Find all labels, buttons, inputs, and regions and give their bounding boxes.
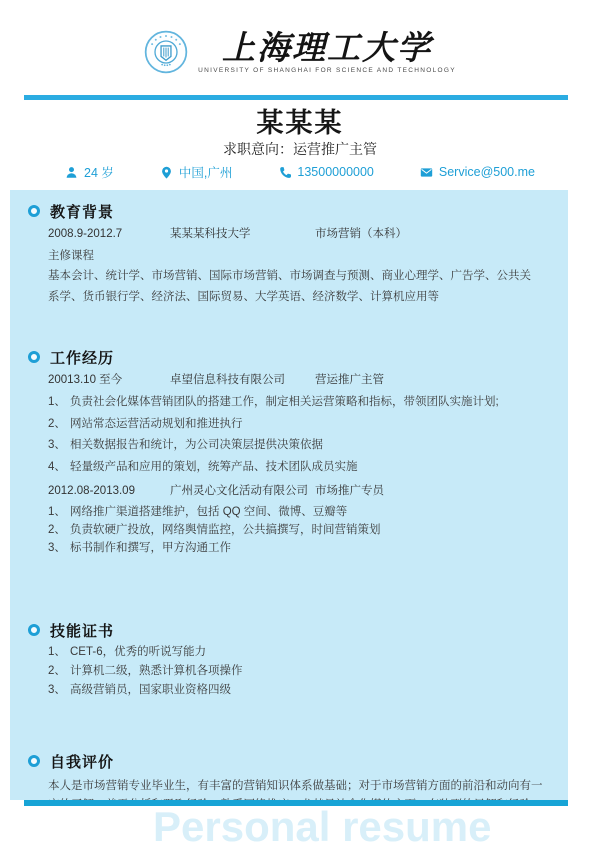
university-name-zh: 上海理工大学 bbox=[222, 30, 432, 66]
section-work: 工作经历 20013.10 至今 卓望信息科技有限公司 营运推广主管 1、 负责… bbox=[28, 348, 548, 557]
skills-list: 1、 CET-6，优秀的听说写能力 2、 计算机二级，熟悉计算机各项操作 3、 … bbox=[48, 643, 548, 700]
work-2-company: 广州灵心文化活动有限公司 bbox=[170, 483, 315, 499]
content-panel: 教育背景 2008.9-2012.7 某某某科技大学 市场营销（本科） 主修课程… bbox=[10, 190, 568, 800]
education-header: 教育背景 bbox=[28, 202, 548, 220]
header-divider-bar bbox=[24, 95, 568, 100]
contact-row: 24 岁 中国,广州 13500000000 Service@500.me bbox=[0, 163, 600, 181]
list-item: 2、 计算机二级，熟悉计算机各项操作 bbox=[48, 662, 548, 681]
phone-icon bbox=[278, 166, 291, 179]
courses-label: 主修课程 bbox=[48, 247, 548, 263]
list-item: 2、 网站常态运营活动规划和推进执行 bbox=[48, 414, 548, 436]
work-2-position: 市场推广专员 bbox=[315, 483, 548, 499]
list-item: 1、 网络推广渠道搭建维护，包括 QQ 空间、微博、豆瓣等 bbox=[48, 503, 548, 521]
section-bullet-icon bbox=[28, 205, 40, 217]
list-item: 3、 高级营销员，国家职业资格四级 bbox=[48, 681, 548, 700]
work-entry-2-header: 2012.08-2013.09 广州灵心文化活动有限公司 市场推广专员 bbox=[48, 483, 548, 499]
work-1-date: 20013.10 至今 bbox=[48, 372, 170, 388]
watermark-text: Personal resume bbox=[153, 803, 492, 848]
person-icon bbox=[65, 166, 78, 179]
education-date: 2008.9-2012.7 bbox=[48, 226, 170, 242]
section-title-skills: 技能证书 bbox=[50, 620, 114, 641]
education-major: 市场营销（本科） bbox=[315, 226, 548, 242]
list-item: 2、 负责软硬广投放，网络舆情监控，公共搞撰写，时间营销策划 bbox=[48, 521, 548, 539]
section-education: 教育背景 2008.9-2012.7 某某某科技大学 市场营销（本科） 主修课程… bbox=[28, 202, 548, 308]
contact-phone-text: 13500000000 bbox=[297, 165, 373, 179]
work-1-position: 营运推广主管 bbox=[315, 372, 548, 388]
mail-icon bbox=[420, 166, 433, 179]
skills-header: 技能证书 bbox=[28, 621, 548, 639]
education-entry: 2008.9-2012.7 某某某科技大学 市场营销（本科） bbox=[48, 226, 548, 242]
section-title-work: 工作经历 bbox=[50, 347, 114, 368]
contact-email-text: Service@500.me bbox=[439, 165, 535, 179]
work-entry-1-header: 20013.10 至今 卓望信息科技有限公司 营运推广主管 bbox=[48, 372, 548, 388]
university-seal-icon bbox=[144, 30, 188, 74]
work-1-company: 卓望信息科技有限公司 bbox=[170, 372, 315, 388]
candidate-name: 某某某 bbox=[0, 101, 600, 140]
university-logo: 上海理工大学 UNIVERSITY OF SHANGHAI FOR SCIENC… bbox=[0, 30, 600, 74]
work-1-duties: 1、 负责社会化媒体营销团队的搭建工作，制定相关运营策略和指标，带领团队实施计划… bbox=[48, 392, 548, 478]
resume-page: 上海理工大学 UNIVERSITY OF SHANGHAI FOR SCIENC… bbox=[0, 0, 600, 848]
contact-phone: 13500000000 bbox=[278, 165, 373, 179]
section-self-evaluation: 自我评价 本人是市场营销专业毕业生，有丰富的营销知识体系做基础；对于市场营销方面… bbox=[28, 752, 548, 800]
work-2-duties: 1、 网络推广渠道搭建维护，包括 QQ 空间、微博、豆瓣等 2、 负责软硬广投放… bbox=[48, 503, 548, 557]
section-title-self-evaluation: 自我评价 bbox=[50, 751, 114, 772]
location-icon bbox=[160, 166, 173, 179]
list-item: 3、 标书制作和撰写，甲方沟通工作 bbox=[48, 539, 548, 557]
list-item: 4、 轻量级产品和应用的策划，统筹产品、技术团队成员实施 bbox=[48, 457, 548, 479]
self-evaluation-header: 自我评价 bbox=[28, 752, 548, 770]
section-bullet-icon bbox=[28, 755, 40, 767]
contact-age: 24 岁 bbox=[65, 163, 114, 181]
contact-email: Service@500.me bbox=[420, 165, 535, 179]
work-header: 工作经历 bbox=[28, 348, 548, 366]
work-2-date: 2012.08-2013.09 bbox=[48, 483, 170, 499]
contact-location-text: 中国,广州 bbox=[179, 163, 232, 181]
section-skills: 技能证书 1、 CET-6，优秀的听说写能力 2、 计算机二级，熟悉计算机各项操… bbox=[28, 621, 548, 700]
list-item: 1、 CET-6，优秀的听说写能力 bbox=[48, 643, 548, 662]
self-evaluation-text: 本人是市场营销专业毕业生，有丰富的营销知识体系做基础；对于市场营销方面的前沿和动… bbox=[48, 777, 548, 800]
university-name-en: UNIVERSITY OF SHANGHAI FOR SCIENCE AND T… bbox=[198, 67, 456, 74]
education-school: 某某某科技大学 bbox=[170, 226, 315, 242]
list-item: 3、 相关数据报告和统计，为公司决策层提供决策依据 bbox=[48, 435, 548, 457]
section-title-education: 教育背景 bbox=[50, 201, 114, 222]
list-item: 1、 负责社会化媒体营销团队的搭建工作，制定相关运营策略和指标，带领团队实施计划… bbox=[48, 392, 548, 414]
section-bullet-icon bbox=[28, 351, 40, 363]
courses-text: 基本会计、统计学、市场营销、国际市场营销、市场调查与预测、商业心理学、广告学、公… bbox=[48, 266, 548, 308]
job-intention: 求职意向：运营推广主管 bbox=[0, 139, 600, 159]
contact-location: 中国,广州 bbox=[160, 163, 232, 181]
section-bullet-icon bbox=[28, 624, 40, 636]
contact-age-text: 24 岁 bbox=[84, 163, 114, 181]
